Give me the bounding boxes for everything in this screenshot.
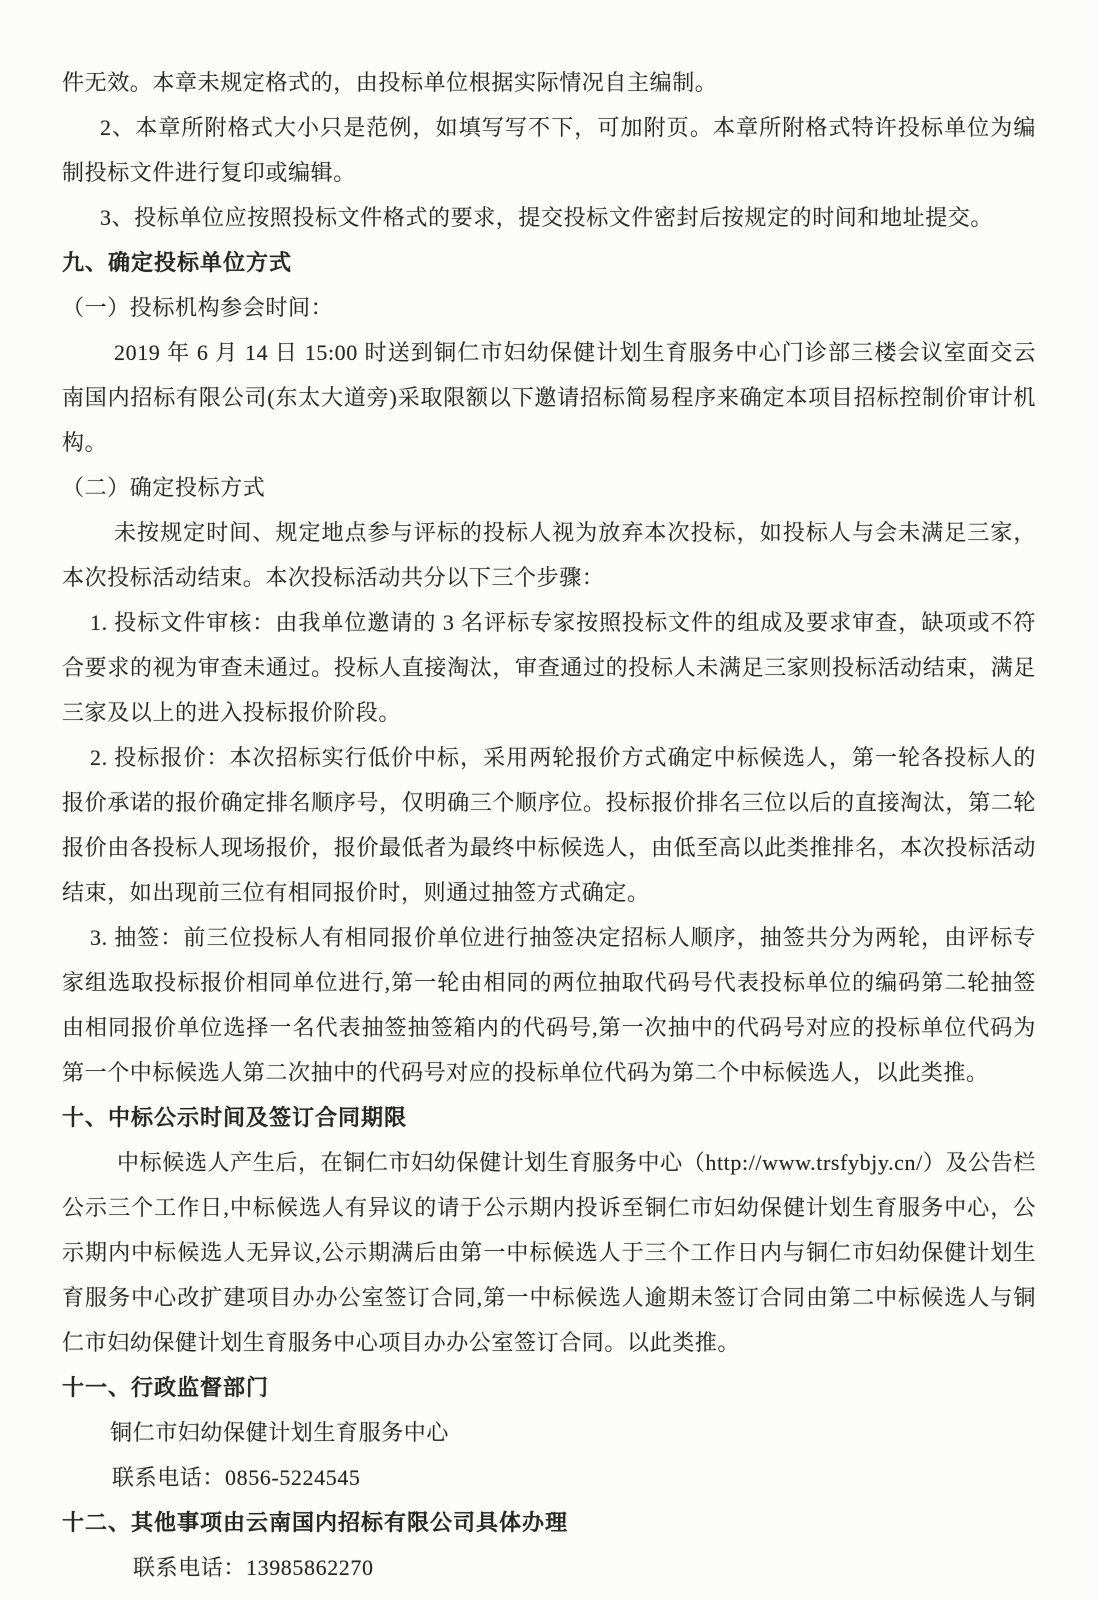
paragraph-carryover: 件无效。本章未规定格式的，由投标单位根据实际情况自主编制。 — [62, 60, 1036, 105]
section-heading-10: 十、中标公示时间及签订合同期限 — [62, 1095, 1036, 1140]
paragraph-note-3: 3、投标单位应按照投标文件格式的要求，提交投标文件密封后按规定的时间和地址提交。 — [62, 195, 1036, 240]
section-heading-9: 九、确定投标单位方式 — [62, 240, 1036, 285]
paragraph-method-intro: 未按规定时间、规定地点参与评标的投标人视为放弃本次投标，如投标人与会未满足三家，… — [62, 510, 1036, 600]
paragraph-supervisor-org: 铜仁市妇幼保健计划生育服务中心 — [62, 1410, 1036, 1455]
section-heading-11: 十一、行政监督部门 — [62, 1365, 1036, 1410]
paragraph-meeting-time: 2019 年 6 月 14 日 15:00 时送到铜仁市妇幼保健计划生育服务中心… — [62, 330, 1036, 465]
paragraph-phone-2: 联系电话：13985862270 — [62, 1545, 1036, 1590]
section-heading-12: 十二、其他事项由云南国内招标有限公司具体办理 — [62, 1500, 1036, 1545]
paragraph-step-3: 3. 抽签：前三位投标人有相同报价单位进行抽签决定招标人顺序，抽签共分为两轮，由… — [62, 915, 1036, 1095]
paragraph-step-2: 2. 投标报价：本次招标实行低价中标，采用两轮报价方式确定中标候选人，第一轮各投… — [62, 735, 1036, 915]
paragraph-note-2: 2、本章所附格式大小只是范例，如填写写不下，可加附页。本章所附格式特许投标单位为… — [62, 105, 1036, 195]
paragraph-sub1-label: （一）投标机构参会时间： — [62, 285, 1036, 330]
paragraph-sub2-label: （二）确定投标方式 — [62, 465, 1036, 510]
paragraph-publicity: 中标候选人产生后，在铜仁市妇幼保健计划生育服务中心（http://www.trs… — [62, 1140, 1036, 1365]
paragraph-step-1: 1. 投标文件审核：由我单位邀请的 3 名评标专家按照投标文件的组成及要求审查，… — [62, 600, 1036, 735]
document-page: 件无效。本章未规定格式的，由投标单位根据实际情况自主编制。 2、本章所附格式大小… — [0, 0, 1098, 1600]
paragraph-phone-1: 联系电话：0856-5224545 — [62, 1455, 1036, 1500]
